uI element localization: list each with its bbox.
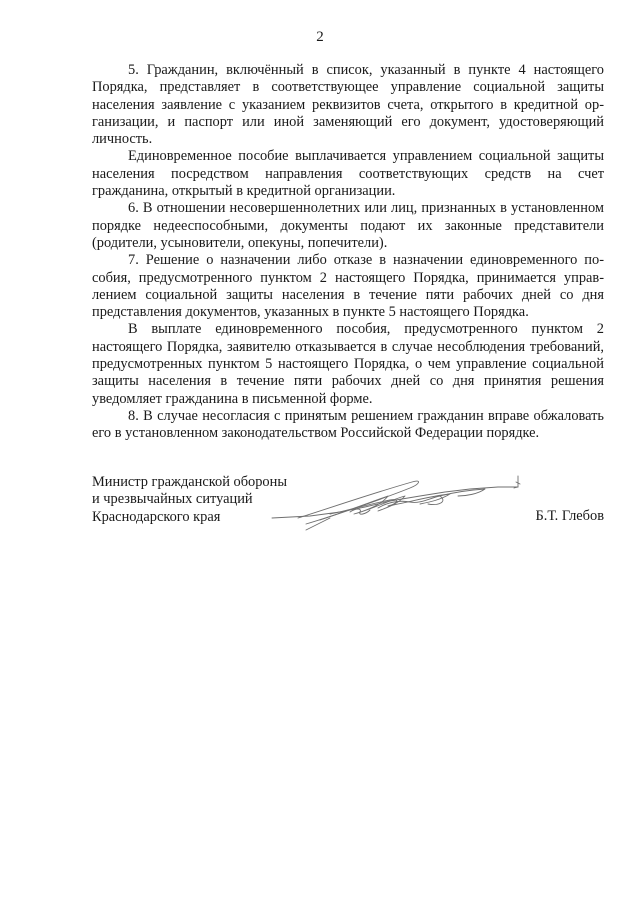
paragraph-item-8: 8. В случае несогласия с принятым решени…: [92, 408, 604, 443]
paragraph-item-7: 7. Решение о назначении либо отказе в на…: [92, 252, 604, 321]
signature-block: Министр гражданской обороны и чрезвычайн…: [92, 474, 604, 544]
paragraph-refusal: В выплате единовременного пособия, преду…: [92, 321, 604, 407]
signer-title: Министр гражданской обороны и чрезвычайн…: [92, 474, 287, 526]
paragraph-item-6: 6. В отношении несовершеннолетних или ли…: [92, 200, 604, 252]
paragraph-lump-sum-payment: Единовременное пособие выплачивается упр…: [92, 148, 604, 200]
page-number: 2: [0, 29, 640, 46]
signer-title-line: Министр гражданской обороны: [92, 474, 287, 491]
paragraph-item-5: 5. Гражданин, включённый в список, указа…: [92, 62, 604, 148]
document-body: 5. Гражданин, включённый в список, указа…: [92, 62, 604, 443]
handwritten-signature-icon: [270, 474, 530, 536]
signer-title-line: и чрезвычайных ситуаций: [92, 491, 287, 508]
signer-title-line: Краснодарского края: [92, 509, 287, 526]
signer-name: Б.Т. Глебов: [535, 508, 604, 525]
